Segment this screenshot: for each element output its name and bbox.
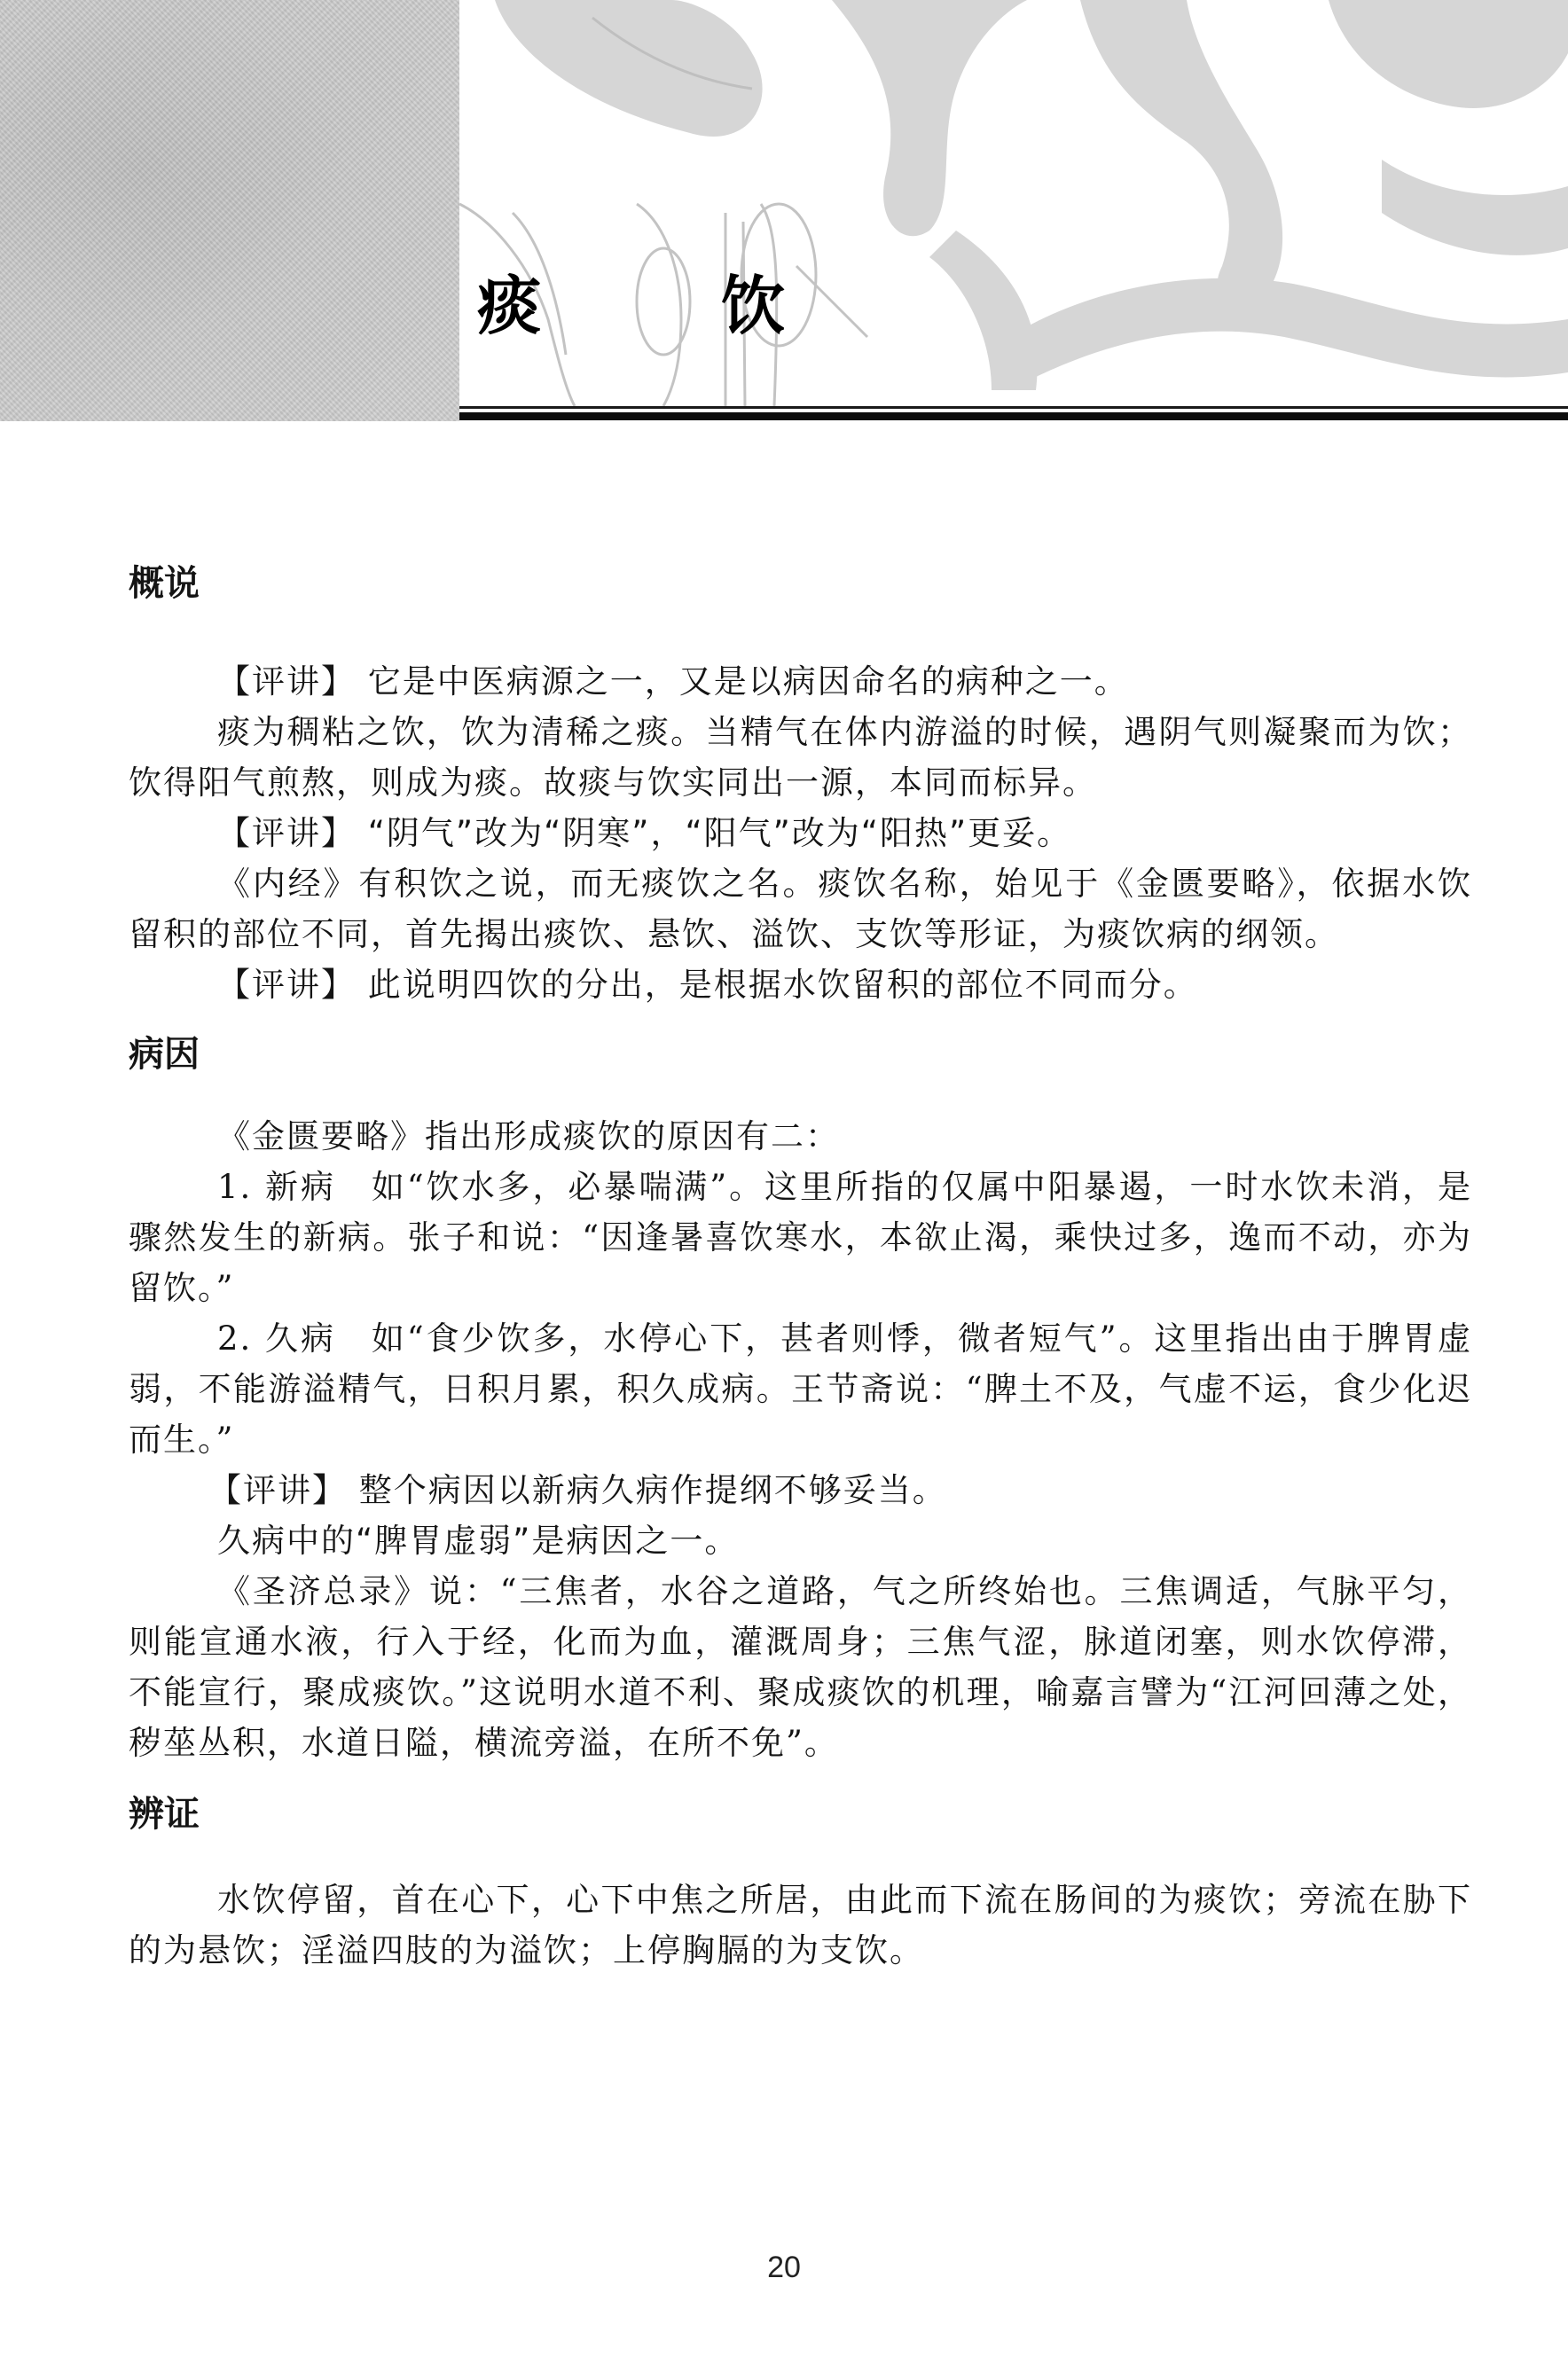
commentary-continuation: 久病中的“脾胃虚弱”是病因之一。	[129, 1515, 1472, 1566]
body-paragraph: 《圣济总录》说：“三焦者，水谷之道路，气之所终始也。三焦调适，气脉平匀，则能宣通…	[129, 1566, 1472, 1768]
body-paragraph: 《内经》有积饮之说，而无痰饮之名。痰饮名称，始见于《金匮要略》，依据水饮留积的部…	[129, 858, 1472, 959]
banner-decorative-illustration	[459, 0, 1568, 406]
page-body: 概说 【评讲】 它是中医病源之一，又是以病因命名的病种之一。 痰为稠粘之饮，饮为…	[129, 559, 1472, 1976]
commentary-label: 【评讲】	[217, 662, 356, 701]
numbered-paragraph: 1. 新病 如“饮水多，必暴喘满”。这里所指的仅属中阳暴遏，一时水饮未消，是骤然…	[129, 1162, 1472, 1313]
body-paragraph: 痰为稠粘之饮，饮为清稀之痰。当精气在体内游溢的时候，遇阴气则凝聚而为饮；饮得阳气…	[129, 707, 1472, 808]
section-overview: 概说 【评讲】 它是中医病源之一，又是以病因命名的病种之一。 痰为稠粘之饮，饮为…	[129, 559, 1472, 1010]
section-etiology: 病因 《金匮要略》指出形成痰饮的原因有二： 1. 新病 如“饮水多，必暴喘满”。…	[129, 1030, 1472, 1768]
commentary-paragraph: 【评讲】 “阴气”改为“阴寒”，“阳气”改为“阳热”更妥。	[129, 808, 1472, 858]
section-heading: 病因	[129, 1030, 1472, 1079]
chapter-banner: 痰 饮	[0, 0, 1568, 426]
commentary-paragraph: 【评讲】 此说明四饮的分出，是根据水饮留积的部位不同而分。	[129, 959, 1472, 1010]
commentary-text: 整个病因以新病久病作提纲不够妥当。	[359, 1471, 947, 1509]
commentary-label: 【评讲】	[217, 966, 356, 1004]
commentary-label: 【评讲】	[208, 1471, 347, 1509]
commentary-paragraph: 【评讲】 整个病因以新病久病作提纲不够妥当。	[129, 1465, 1472, 1515]
page-number: 20	[0, 2251, 1568, 2285]
commentary-paragraph: 【评讲】 它是中医病源之一，又是以病因命名的病种之一。	[129, 656, 1472, 707]
section-differentiation: 辨证 水饮停留，首在心下，心下中焦之所居，由此而下流在肠间的为痰饮；旁流在胁下的…	[129, 1789, 1472, 1976]
commentary-label: 【评讲】	[217, 814, 356, 852]
chapter-title-char: 痰	[477, 266, 541, 346]
commentary-text: 它是中医病源之一，又是以病因命名的病种之一。	[368, 662, 1129, 701]
chapter-title-char: 饮	[721, 266, 785, 346]
banner-gray-texture	[0, 0, 459, 421]
numbered-paragraph: 2. 久病 如“食少饮多，水停心下，甚者则悸，微者短气”。这里指出由于脾胃虚弱，…	[129, 1313, 1472, 1465]
header-rule-thin	[459, 406, 1568, 409]
commentary-text: 此说明四饮的分出，是根据水饮留积的部位不同而分。	[368, 966, 1198, 1004]
body-paragraph: 《金匮要略》指出形成痰饮的原因有二：	[129, 1111, 1472, 1162]
commentary-text: “阴气”改为“阴寒”，“阳气”改为“阳热”更妥。	[368, 814, 1071, 852]
body-paragraph: 水饮停留，首在心下，心下中焦之所居，由此而下流在肠间的为痰饮；旁流在胁下的为悬饮…	[129, 1875, 1472, 1976]
section-heading: 概说	[129, 559, 1472, 608]
header-rule-thick	[459, 412, 1568, 420]
section-heading: 辨证	[129, 1789, 1472, 1839]
